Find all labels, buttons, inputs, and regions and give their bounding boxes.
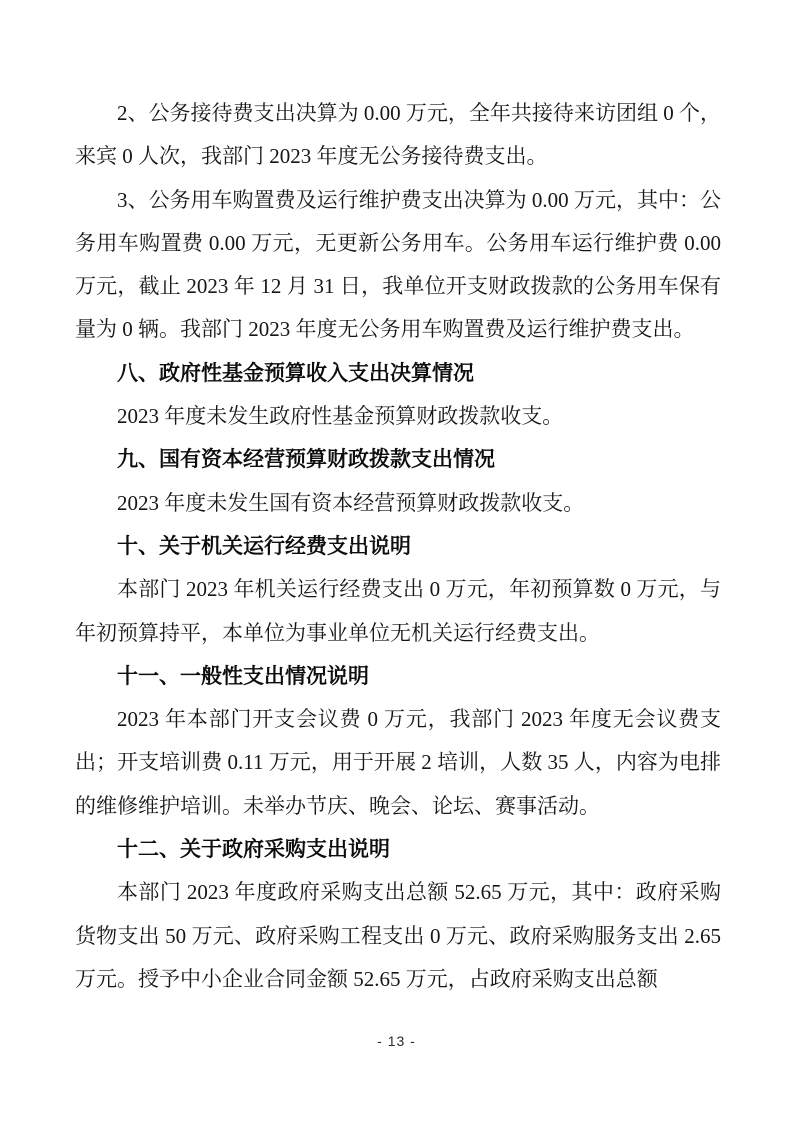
paragraph-agency-operating-cost: 本部门 2023 年机关运行经费支出 0 万元，年初预算数 0 万元，与年初预算… [75, 568, 721, 655]
paragraph-official-vehicles: 3、公务用车购置费及运行维护费支出决算为 0.00 万元，其中：公务用车购置费 … [75, 179, 721, 352]
paragraph-state-capital-budget: 2023 年度未发生国有资本经营预算财政拨款收支。 [75, 482, 721, 525]
document-page: 2、公务接待费支出决算为 0.00 万元，全年共接待来访团组 0 个，来宾 0 … [0, 0, 793, 1122]
paragraph-official-reception: 2、公务接待费支出决算为 0.00 万元，全年共接待来访团组 0 个，来宾 0 … [75, 92, 721, 179]
section-heading-8: 八、政府性基金预算收入支出决算情况 [75, 352, 721, 395]
paragraph-gov-fund-budget: 2023 年度未发生政府性基金预算财政拨款收支。 [75, 395, 721, 438]
section-heading-10: 十、关于机关运行经费支出说明 [75, 525, 721, 568]
section-heading-12: 十二、关于政府采购支出说明 [75, 828, 721, 871]
document-body: 2、公务接待费支出决算为 0.00 万元，全年共接待来访团组 0 个，来宾 0 … [75, 92, 721, 1001]
section-heading-9: 九、国有资本经营预算财政拨款支出情况 [75, 438, 721, 481]
paragraph-gov-procurement: 本部门 2023 年度政府采购支出总额 52.65 万元，其中：政府采购货物支出… [75, 871, 721, 1001]
paragraph-general-expenditure: 2023 年本部门开支会议费 0 万元，我部门 2023 年度无会议费支出；开支… [75, 698, 721, 828]
section-heading-11: 十一、一般性支出情况说明 [75, 655, 721, 698]
page-number: - 13 - [0, 1033, 793, 1049]
